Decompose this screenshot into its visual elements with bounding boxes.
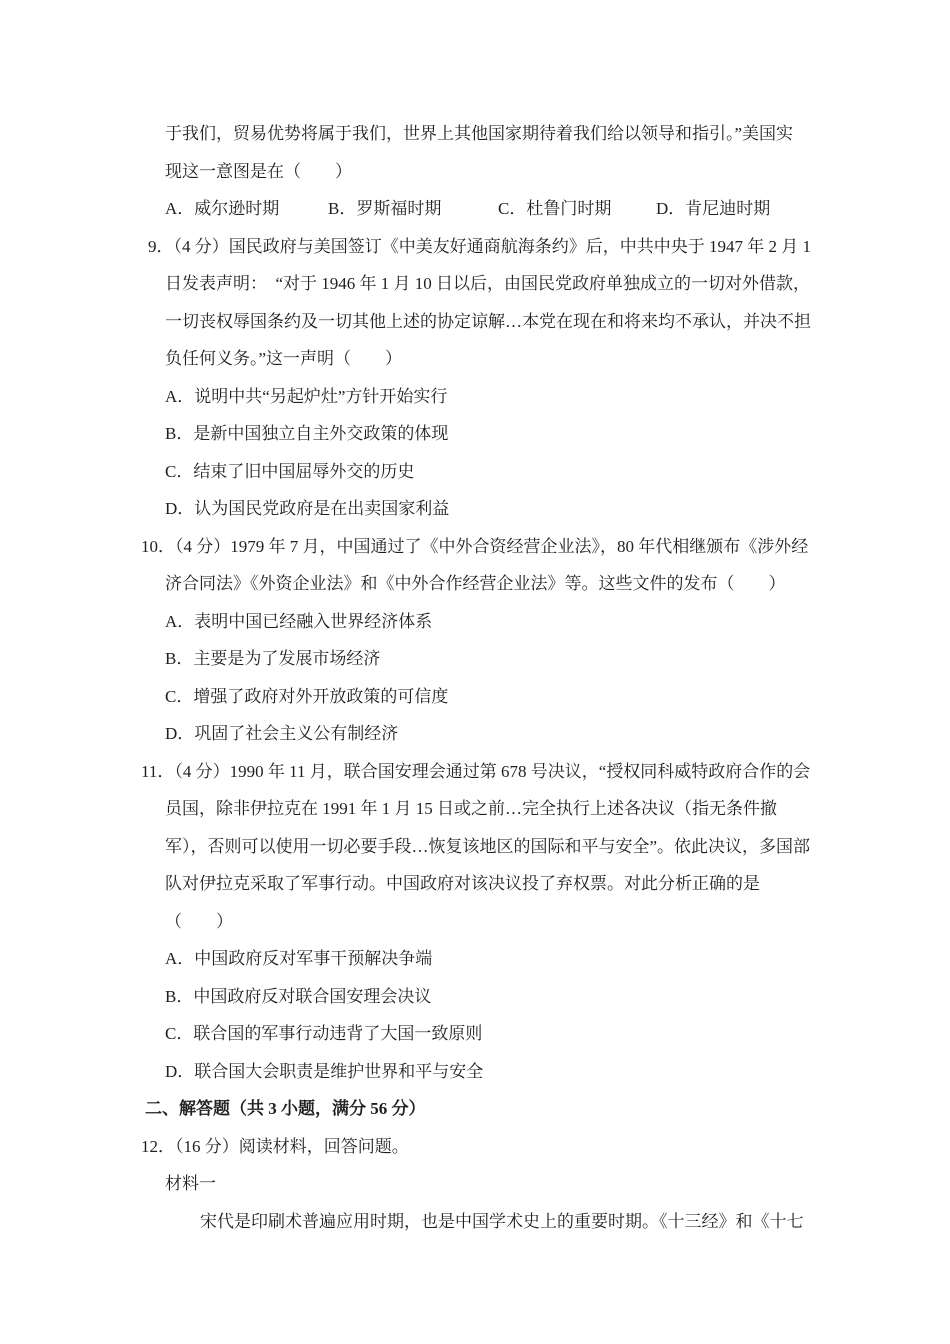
q11-option-a: A．中国政府反对军事干预解决争端 — [165, 940, 825, 978]
q8-options-row: A．威尔逊时期 B．罗斯福时期 C．杜鲁门时期 D．肯尼迪时期 — [165, 190, 825, 228]
q8-option-a: A．威尔逊时期 — [165, 190, 328, 228]
q10-stem-line2: 济合同法》《外资企业法》和《中外合作经营企业法》等。这些文件的发布（ ） — [165, 565, 825, 603]
q9-stem-line2: 日发表声明： “对于 1946 年 1 月 10 日以后，由国民党政府单独成立的… — [165, 265, 825, 303]
q9-option-c: C．结束了旧中国屈辱外交的历史 — [165, 453, 825, 491]
q11-stem-line2: 员国，除非伊拉克在 1991 年 1 月 15 日或之前…完全执行上述各决议（指… — [165, 790, 825, 828]
q9-stem-line3: 一切丧权辱国条约及一切其他上述的协定谅解…本党在现在和将来均不承认，并决不担 — [165, 303, 825, 341]
q9-option-b: B．是新中国独立自主外交政策的体现 — [165, 415, 825, 453]
q10-stem-line1: 10．（4 分）1979 年 7 月，中国通过了《中外合资经营企业法》，80 年… — [141, 528, 825, 566]
q10-option-b: B．主要是为了发展市场经济 — [165, 640, 825, 678]
q8-option-d: D．肯尼迪时期 — [656, 190, 825, 228]
q9-stem-line4: 负任何义务。”这一声明（ ） — [165, 340, 825, 378]
q11-stem-line1: 11．（4 分）1990 年 11 月，联合国安理会通过第 678 号决议，“授… — [141, 753, 825, 791]
q8-option-b: B．罗斯福时期 — [328, 190, 498, 228]
q11-option-d: D．联合国大会职责是维护世界和平与安全 — [165, 1053, 825, 1091]
q12-material-one-line1: 宋代是印刷术普遍应用时期，也是中国学术史上的重要时期。《十三经》和《十七 — [200, 1203, 825, 1241]
exam-document-page: 于我们，贸易优势将属于我们，世界上其他国家期待着我们给以领导和指引。”美国实 现… — [0, 0, 950, 1344]
q10-option-c: C．增强了政府对外开放政策的可信度 — [165, 678, 825, 716]
q8-stem-tail-line2: 现这一意图是在（ ） — [165, 153, 825, 191]
q8-option-c: C．杜鲁门时期 — [498, 190, 656, 228]
section-two-heading: 二、解答题（共 3 小题，满分 56 分） — [145, 1090, 825, 1128]
q10-option-d: D．巩固了社会主义公有制经济 — [165, 715, 825, 753]
q9-option-a: A．说明中共“另起炉灶”方针开始实行 — [165, 378, 825, 416]
q12-stem-line1: 12．（16 分）阅读材料，回答问题。 — [141, 1128, 825, 1166]
q9-option-d: D．认为国民党政府是在出卖国家利益 — [165, 490, 825, 528]
q9-stem-line1: 9．（4 分）国民政府与美国签订《中美友好通商航海条约》后，中共中央于 1947… — [148, 228, 825, 266]
q11-stem-line5: （ ） — [165, 903, 825, 941]
q11-option-c: C．联合国的军事行动违背了大国一致原则 — [165, 1015, 825, 1053]
q8-stem-tail-line1: 于我们，贸易优势将属于我们，世界上其他国家期待着我们给以领导和指引。”美国实 — [165, 115, 825, 153]
q11-option-b: B．中国政府反对联合国安理会决议 — [165, 978, 825, 1016]
q12-material-one-label: 材料一 — [165, 1165, 825, 1203]
q10-option-a: A．表明中国已经融入世界经济体系 — [165, 603, 825, 641]
exam-content: 于我们，贸易优势将属于我们，世界上其他国家期待着我们给以领导和指引。”美国实 现… — [145, 0, 825, 1240]
q11-stem-line3: 军），否则可以使用一切必要手段…恢复该地区的国际和平与安全”。依此决议，多国部 — [165, 828, 825, 866]
q11-stem-line4: 队对伊拉克采取了军事行动。中国政府对该决议投了弃权票。对此分析正确的是 — [165, 865, 825, 903]
